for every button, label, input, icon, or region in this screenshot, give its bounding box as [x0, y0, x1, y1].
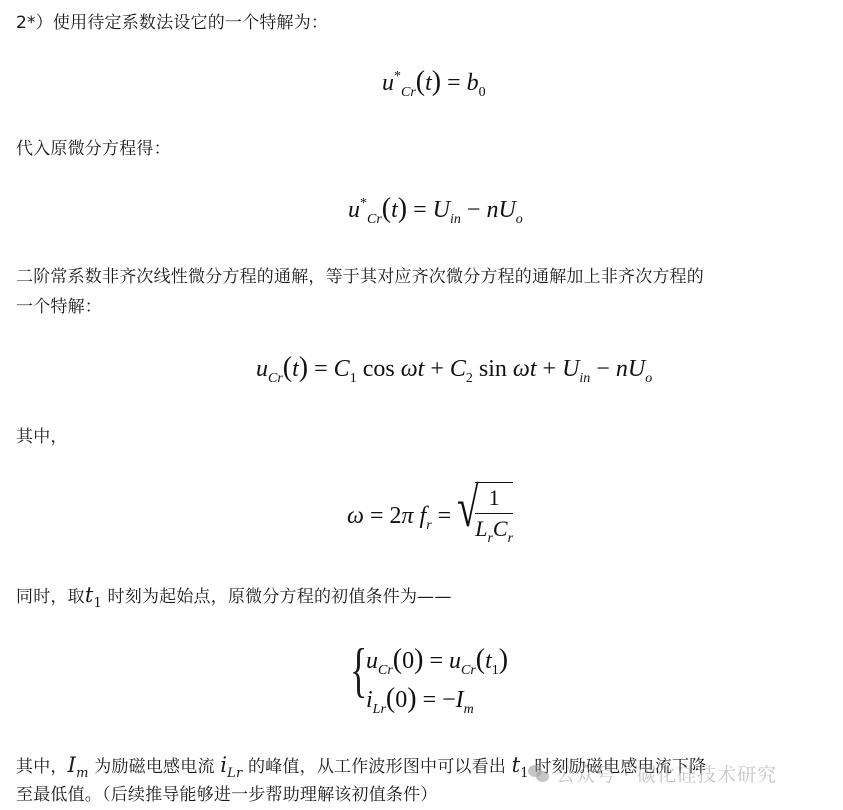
equation-initial-ilr: iLr(0) = −Im: [366, 683, 474, 718]
paragraph-general-solution-line1: 二阶常系数非齐次线性微分方程的通解，等于其对应齐次微分方程的通解加上非齐次方程的: [16, 262, 704, 292]
equation-particular-solution: u*Cr(t) = b0: [382, 66, 486, 101]
symbol-t1: t1: [512, 753, 529, 777]
equation-general-solution: uCr(t) = C1 cos ωt + C2 sin ωt + Uin − n…: [256, 352, 652, 387]
text-segment: 为励磁电感电流: [89, 757, 221, 777]
text-segment: 的峰值，从工作波形图中可以看出: [242, 757, 511, 777]
paragraph-particular-solution-intro: 2*）使用待定系数法设它的一个特解为：: [16, 8, 328, 38]
watermark: 公众号 · 碳化硅技术研究: [528, 760, 777, 787]
paragraph-initial-condition: 同时，取t1 时刻为起始点，原微分方程的初值条件为——: [16, 580, 452, 619]
equation-particular-value: u*Cr(t) = Uin − nUo: [348, 193, 523, 228]
paragraph-general-solution-line2: 一个特解：: [16, 292, 102, 322]
text-segment: 同时，取: [16, 587, 85, 607]
text-segment: 其中，: [16, 757, 68, 777]
paragraph-where: 其中，: [16, 422, 68, 452]
text-segment: 时刻为起始点，原微分方程的初值条件为——: [102, 587, 452, 607]
left-brace: {: [350, 640, 367, 700]
equation-omega: ω = 2π fr = √1LrCr: [347, 482, 513, 554]
equation-initial-ucr: uCr(0) = uCr(t1): [366, 644, 508, 679]
wechat-icon: [528, 765, 550, 783]
paragraph-substitute: 代入原微分方程得：: [16, 134, 171, 164]
watermark-text: 公众号 · 碳化硅技术研究: [556, 764, 777, 786]
symbol-Im: Im: [68, 753, 89, 777]
symbol-iLr: iLr: [220, 753, 242, 777]
paragraph-im-explanation-line2: 至最低值。（后续推导能够进一步帮助理解该初值条件）: [16, 780, 438, 810]
symbol-t1: t1: [85, 583, 102, 607]
